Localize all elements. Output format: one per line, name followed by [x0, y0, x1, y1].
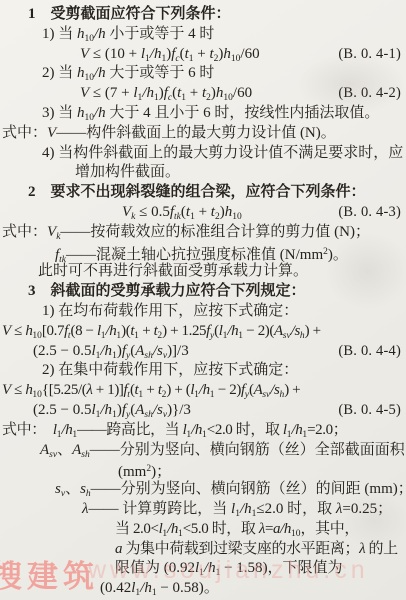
text-run: =2.0 [307, 422, 333, 438]
text-run: 大于或等于 6 时 [106, 65, 215, 81]
text-run: 2) 在集中荷载作用下，应按下式确定： [42, 362, 298, 378]
formula-subscript: tk [174, 212, 181, 222]
formula-variable: /h [100, 402, 112, 418]
formula-subscript: 10 [231, 54, 241, 64]
formula-subscript: 10 [32, 390, 42, 400]
text-run: 增加构件截面。 [75, 164, 180, 180]
formula-variable: /s [153, 402, 163, 418]
document-page: 1 受剪截面应符合下列条件：1) 当 h10/h 小于或等于 4 时V ≤ (1… [0, 0, 406, 600]
text-run: 当 [115, 521, 133, 537]
formula-variable: h [223, 46, 231, 62]
formula-variable: A [254, 382, 263, 398]
text-run: {[5.25/( [42, 382, 86, 398]
text-run: 时，取 [208, 521, 259, 537]
text-run: 2) 当 [42, 65, 77, 81]
text-run: 大于 4 且小于 6 时，按线性内插法取值。 [106, 105, 380, 121]
formula-variable: A [135, 343, 144, 359]
text-run: )，下限值为 [263, 560, 343, 576]
text-run: 1) 在均布荷载作用下，应按下式确定： [42, 303, 298, 319]
text-run: 时，取 [283, 501, 336, 517]
where-lambda-cont1: 当 2.0<l1/h1<5.0 时，取 λ=a/h10，其中， [0, 520, 406, 540]
line-content: 式中：V——构件斜截面上的最大剪力设计值 (N)。 [2, 124, 336, 144]
formula-subscript: 10 [291, 529, 301, 539]
text-run: 小于或等于 4 时 [106, 26, 215, 42]
clause-3-heading: 3 斜截面的受剪承载力应符合下列规定： [0, 282, 406, 302]
formula-subscript: 10 [32, 331, 42, 341]
equation-number: (B. 0. 4-1) [338, 45, 406, 65]
text-run: ； [156, 464, 171, 480]
text-run: (2.5 − 0.5 [33, 343, 91, 359]
text-run: ≤2.0 [256, 501, 283, 517]
text-run: ，其中， [301, 521, 359, 537]
formula-B-0-4-3: Vk ≤ 0.5ftk(t1 + t2)h10(B. 0. 4-3) [0, 203, 406, 223]
text-run: 1 受剪截面应符合下列条件： [28, 6, 231, 22]
text-run: 0.92 [169, 560, 195, 576]
formula-variable: h [77, 26, 85, 42]
formula-variable: V [80, 85, 89, 101]
line-content: (0.42l1/h1 − 0.58)。 [100, 579, 219, 600]
document-body: 1 受剪截面应符合下列条件：1) 当 h10/h 小于或等于 4 时V ≤ (1… [0, 5, 406, 599]
item-1-2: 2) 当 h10/h 大于或等于 6 时 [0, 64, 406, 84]
formula-variable: V [2, 382, 11, 398]
text-run: 3) 当 [42, 105, 77, 121]
item-3-1: 1) 在均布荷载作用下，应按下式确定： [0, 302, 406, 322]
formula-variable: /h [167, 521, 178, 537]
line-content: Asv、Ash——分别为竖向、横向钢筋（丝）全部截面面积 [40, 441, 405, 466]
text-run: + [195, 204, 211, 220]
equation-number: (B. 0. 4-3) [338, 203, 406, 223]
item-1-4-cont: 增加构件截面。 [0, 163, 406, 183]
text-run: =0.25 [342, 501, 377, 517]
text-run: —— 计算剪跨比，当 [89, 501, 232, 517]
text-run: ——按荷载效应的标准组合计算的剪力值 (N)； [60, 224, 370, 240]
text-run: ≤ [11, 382, 26, 398]
text-run: 、 [57, 442, 72, 458]
formula-variable: /s [291, 323, 300, 339]
formula-variable: /h [227, 323, 238, 339]
equation-number: (B. 0. 4-4) [338, 342, 406, 362]
formula-subscript: sh [144, 351, 152, 361]
formula-variable: V [2, 323, 11, 339]
formula-variable: A [135, 402, 144, 418]
where-Vk: 式中：Vk——按荷载效应的标准组合计算的剪力值 (N)； [0, 223, 406, 243]
formula-variable: V [80, 46, 89, 62]
text-run: ——分别为竖向、横向钢筋（丝）全部截面面积 [90, 442, 405, 458]
text-run: ≤ (10 + [89, 46, 141, 62]
line-content: 1 受剪截面应符合下列条件： [28, 5, 231, 25]
line-content: 3 斜截面的受剪承载力应符合下列规定： [28, 282, 306, 302]
where-Asv-Ash: Asv、Ash——分别为竖向、横向钢筋（丝）全部截面面积 [0, 441, 406, 461]
equation-number: (B. 0. 4-2) [338, 84, 406, 104]
formula-subscript: 10 [232, 212, 242, 222]
formula-subscript: sh [144, 410, 152, 420]
text-run: /60 [240, 46, 259, 62]
text-run: )。 [328, 247, 348, 263]
text-run: − 1.58 [220, 560, 262, 576]
text-run: + [139, 323, 154, 339]
text-run: = [265, 521, 273, 537]
formula-variable: /h [204, 560, 216, 576]
line-content: 1) 在均布荷载作用下，应按下式确定： [42, 302, 298, 322]
text-run: ——构件斜截面上的最大剪力设计值 (N)。 [56, 125, 336, 141]
text-run: /60 [233, 85, 252, 101]
text-run: 时，取 [232, 422, 283, 438]
text-run: ) + [284, 382, 300, 398]
equation-number: (B. 0. 4-5) [338, 401, 406, 421]
text-run: ) + 1.25 [162, 323, 206, 339]
text-run: 式中： [2, 224, 47, 240]
text-run: 为集中荷载到过梁支座的水平距离； [122, 541, 359, 557]
formula-variable: /s [153, 343, 163, 359]
item-1-1: 1) 当 h10/h 小于或等于 4 时 [0, 25, 406, 45]
where-lambda-cont3: 限值为 (0.92l1/h1 − 1.58)，下限值为 [0, 559, 406, 579]
text-run: )]/3 [167, 343, 189, 359]
line-content: 增加构件截面。 [75, 163, 180, 183]
formula-variable: A [40, 442, 49, 458]
text-run: ≤ (7 + [89, 85, 133, 101]
text-run: 。 [204, 580, 219, 596]
text-run: ≤ [11, 323, 26, 339]
item-3-2: 2) 在集中荷载作用下，应按下式确定： [0, 361, 406, 381]
formula-variable: V [122, 204, 131, 220]
formula-subscript: 10 [85, 73, 95, 83]
formula-variable: /h [191, 422, 202, 438]
formula-variable: h [77, 65, 85, 81]
formula-variable: h [77, 105, 85, 121]
line-content: 2) 在集中荷载作用下，应按下式确定： [42, 361, 298, 381]
formula-variable: A [274, 323, 283, 339]
text-run: 2.0< [133, 521, 159, 537]
text-run: ——跨高比，当 [77, 422, 183, 438]
where-l1h1: 式中： l1/h1——跨高比，当 l1/h1<2.0 时，取 l1/h1=2.0… [0, 421, 406, 441]
formula-variable: A [72, 442, 81, 458]
formula-variable: /h [94, 105, 106, 121]
formula-variable: /h [280, 521, 291, 537]
formula-subscript: 10 [85, 113, 95, 123]
formula-variable: /h [94, 65, 106, 81]
text-run: 3 斜截面的受剪承载力应符合下列规定： [28, 283, 306, 299]
formula-variable: /h [140, 580, 152, 596]
where-sv-sh: sv、sh——分别为竖向、横向钢筋（丝）的间距 (mm)； [0, 480, 406, 500]
formula-variable: /h [100, 343, 112, 359]
line-content: 4) 当构件斜截面上的最大剪力设计值不满足要求时，应 [42, 144, 403, 164]
formula-variable: /h [150, 46, 162, 62]
text-run: ——分别为竖向、横向钢筋（丝）的间距 (mm)； [91, 481, 406, 497]
text-run: − 2)( [243, 323, 274, 339]
formula-variable: /h [199, 382, 210, 398]
where-lambda-cont2: a 为集中荷载到过梁支座的水平距离；λ 的上 [0, 540, 406, 560]
text-run: 此时可不再进行斜截面受剪承载力计算。 [38, 263, 308, 279]
text-run: − 0.58) [157, 580, 204, 596]
text-run: + [194, 46, 210, 62]
text-run: [0.7 [42, 323, 64, 339]
text-run: 1) 当 [42, 26, 77, 42]
text-run: 的上 [365, 541, 398, 557]
text-run: 4) 当构件斜截面上的最大剪力设计值不满足要求时，应 [42, 145, 403, 161]
text-run: ； [333, 422, 348, 438]
text-run: 、 [65, 481, 80, 497]
formula-variable: /h [94, 26, 106, 42]
formula-variable: V [47, 224, 56, 240]
item-1-3: 3) 当 h10/h 大于 4 且小于 6 时，按线性内插法取值。 [0, 104, 406, 124]
formula-variable: /h [291, 422, 302, 438]
formula-variable: /h [106, 323, 117, 339]
line-content: a 为集中荷载到过梁支座的水平距离；λ 的上 [115, 540, 398, 560]
text-run: + [143, 382, 158, 398]
formula-subscript: 10 [223, 93, 233, 103]
text-run: + 1)] [92, 382, 123, 398]
line-content: 此时可不再进行斜截面受剪承载力计算。 [38, 262, 308, 282]
text-run: 式中： [2, 422, 53, 438]
formula-subscript: 10 [85, 34, 95, 44]
text-run: 式中： [2, 125, 47, 141]
text-run: 2 要求不出现斜裂缝的组合梁，应符合下列条件： [28, 184, 366, 200]
text-run: <2.0 [207, 422, 233, 438]
text-run: ) + [305, 323, 321, 339]
text-run: <5.0 [183, 521, 209, 537]
formula-B-0-4-4-line1: V ≤ h10[0.7ft(8 − l1/h1)(t1 + t2) + 1.25… [0, 322, 406, 342]
text-run: ) + ( [166, 382, 190, 398]
text-run: ≤ 0.5 [135, 204, 169, 220]
line-content: 2 要求不出现斜裂缝的组合梁，应符合下列条件： [28, 183, 366, 203]
clause-1-heading: 1 受剪截面应符合下列条件： [0, 5, 406, 25]
formula-variable: V [47, 125, 56, 141]
text-run: + [186, 85, 202, 101]
formula-subscript: sv [49, 450, 57, 460]
clause-2-heading: 2 要求不出现斜裂缝的组合梁，应符合下列条件： [0, 183, 406, 203]
formula-subscript: sv [283, 331, 291, 341]
text-run: ； [377, 501, 392, 517]
formula-B-0-4-5-line1: V ≤ h10{[5.25/(λ + 1)]ft(t1 + t2) + (l1/… [0, 381, 406, 401]
where-lambda-cont4: (0.42l1/h1 − 0.58)。 [0, 579, 406, 599]
formula-subscript: sh [81, 450, 89, 460]
text-run: (0.42 [100, 580, 131, 596]
text-run: (mm [118, 464, 146, 480]
text-run: )( [121, 323, 130, 339]
where-ftk: ftk——混凝土轴心抗拉强度标准值 (N/mm2)。 [0, 243, 406, 263]
text-run: (2.5 − 0.5 [33, 402, 91, 418]
formula-variable: /h [240, 501, 252, 517]
text-run: )}/3 [167, 402, 191, 418]
formula-variable: /h [142, 85, 154, 101]
formula-variable: /h [61, 422, 72, 438]
text-run: 限值为 ( [115, 560, 169, 576]
text-run: (8 − [71, 323, 97, 339]
text-run: ——混凝土轴心抗拉强度标准值 (N/mm [66, 247, 323, 263]
item-1-4: 4) 当构件斜截面上的最大剪力设计值不满足要求时，应 [0, 144, 406, 164]
text-run: − 2) [214, 382, 240, 398]
